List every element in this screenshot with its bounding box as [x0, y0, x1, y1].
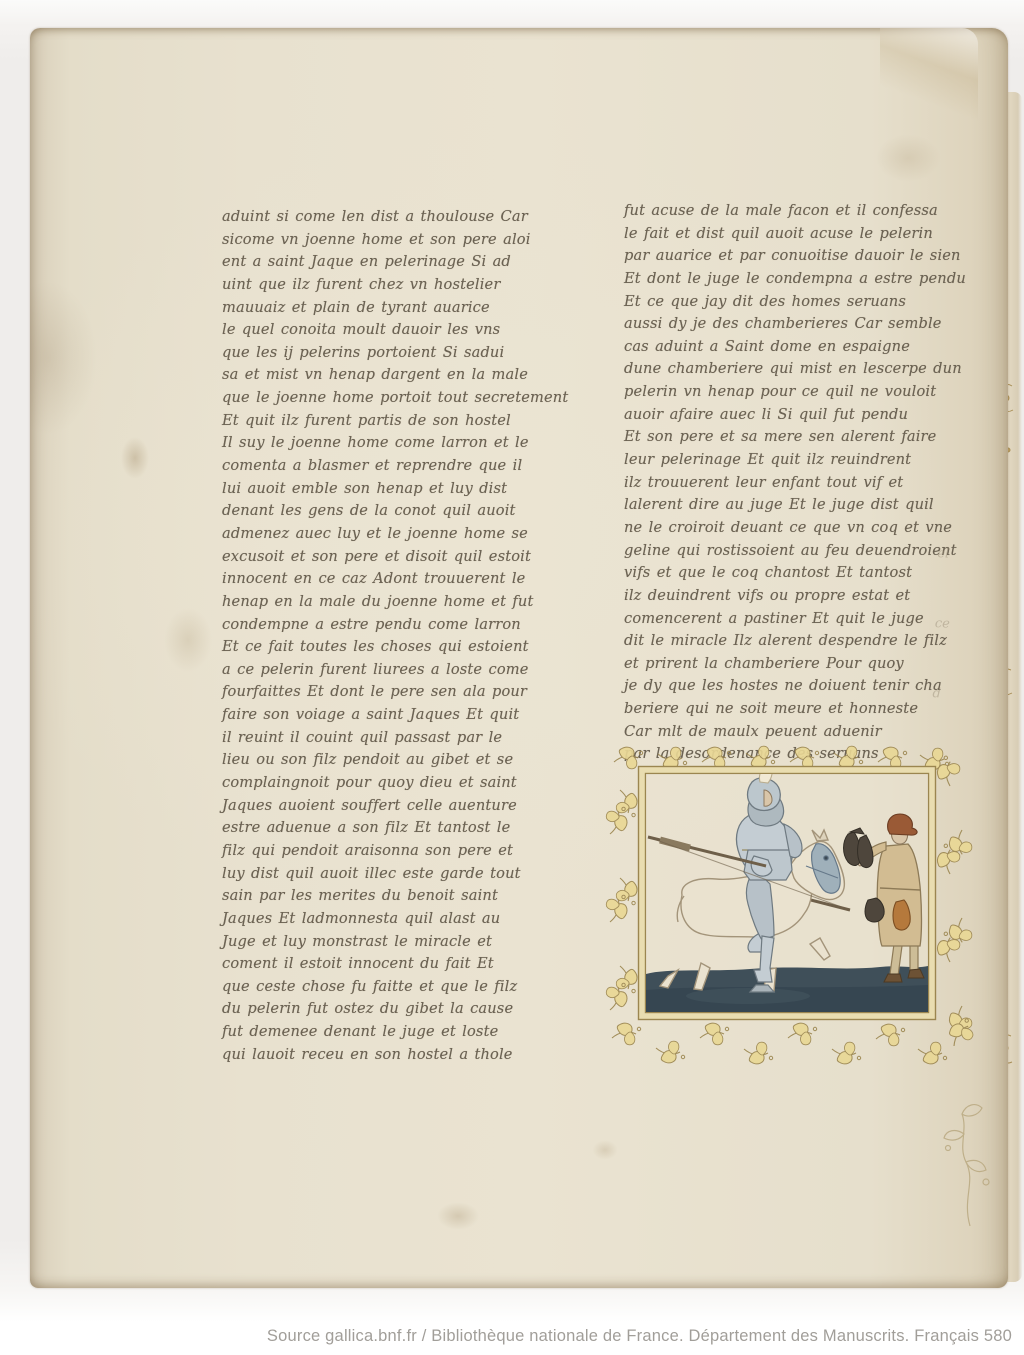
manuscript-text-line: excusoit et son pere et disoit quil esto…: [222, 546, 536, 569]
manuscript-text-line: que le joenne home portoit tout secretem…: [222, 387, 536, 410]
manuscript-text-line: Jaques Et ladmonnesta quil alast au: [222, 908, 536, 931]
manuscript-text-line: Et ce que jay dit des homes seruans: [624, 291, 944, 314]
manuscript-text-line: Il suy le joenne home come larron et le: [222, 432, 536, 455]
manuscript-text-line: Et ce fait toutes les choses qui estoien…: [222, 636, 536, 659]
manuscript-text-line: denant les gens de la conot quil auoit: [222, 500, 536, 523]
manuscript-text-line: admenez auec luy et le joenne home se: [222, 523, 536, 546]
manuscript-text-line: geline qui rostissoient au feu deuendroi…: [624, 540, 944, 563]
ground: [646, 966, 928, 1012]
manuscript-text-line: Et quit ilz furent partis de son hostel: [222, 410, 536, 433]
gallica-footer: Source gallica.bnf.fr / Bibliothèque nat…: [0, 1322, 1024, 1355]
manuscript-text-line: condempne a estre pendu come larron: [222, 614, 536, 637]
manuscript-text-line: comenta a blasmer et reprendre que il: [222, 455, 536, 478]
manuscript-text-line: fut acuse de la male facon et il confess…: [624, 200, 944, 223]
manuscript-text-line: luy dist quil auoit illec este garde tou…: [222, 863, 536, 886]
manuscript-text-line: le fait et dist quil auoit acuse le pele…: [624, 223, 944, 246]
manuscript-text-line: le quel conoita moult dauoir les vns: [222, 319, 536, 342]
manuscript-text-line: aussi dy je des chamberieres Car semble: [624, 313, 944, 336]
manuscript-text-line: fut demenee denant le juge et loste: [222, 1021, 536, 1044]
manuscript-text-line: ent a saint Jaque en pelerinage Si ad: [222, 251, 536, 274]
manuscript-text-line: Et dont le juge le condempna a estre pen…: [624, 268, 944, 291]
manuscript-text-line: estre aduenue a son filz Et tantost le: [222, 817, 536, 840]
manuscript-column-right: fut acuse de la male facon et il confess…: [624, 200, 944, 766]
manuscript-text-line: sa et mist vn henap dargent en la male: [222, 364, 536, 387]
manuscript-text-line: complaingnoit pour quoy dieu et saint: [222, 772, 536, 795]
manuscript-text-line: faire son voiage a saint Jaques Et quit: [222, 704, 536, 727]
source-attribution: Source gallica.bnf.fr / Bibliothèque nat…: [267, 1327, 1012, 1346]
manuscript-text-line: auoir afaire auec li Si quil fut pendu: [624, 404, 944, 427]
robe: [877, 844, 921, 946]
manuscript-text-line: Jaques auoient souffert celle auenture: [222, 795, 536, 818]
manuscript-text-line: filz qui pendoit araisonna son pere et: [222, 840, 536, 863]
manuscript-text-line: et prirent la chamberiere Pour quoy: [624, 653, 944, 676]
scanned-page-photo: aduint si come len dist a thoulouse Cars…: [0, 0, 1024, 1322]
margin-penwork-sprig: [932, 1078, 1008, 1228]
manuscript-text-line: vifs et que le coq chantost Et tantost: [624, 562, 944, 585]
manuscript-text-line: par auarice et par conuoitise dauoir le …: [624, 245, 944, 268]
manuscript-text-line: dune chamberiere qui mist en lescerpe du…: [624, 358, 944, 381]
manuscript-text-line: beriere qui ne soit meure et honneste: [624, 698, 944, 721]
manuscript-text-line: uint que ilz furent chez vn hostelier: [222, 274, 536, 297]
manuscript-text-line: Et son pere et sa mere sen alerent faire: [624, 426, 944, 449]
manuscript-text-line: cas aduint a Saint dome en espaigne: [624, 336, 944, 359]
manuscript-text-line: il reuint il couint quil passast par le: [222, 727, 536, 750]
miniature-illustration: [598, 738, 1022, 1078]
purse: [893, 900, 910, 930]
manuscript-text-line: qui lauoit receu en son hostel a thole: [222, 1044, 536, 1067]
manuscript-text-line: sicome vn joenne home et son pere aloi: [222, 229, 536, 252]
manuscript-text-line: pelerin vn henap pour ce quil ne vouloit: [624, 381, 944, 404]
manuscript-text-line: aduint si come len dist a thoulouse Car: [222, 206, 536, 229]
manuscript-text-line: coment il estoit innocent du fait Et: [222, 953, 536, 976]
manuscript-text-line: mauuaiz et plain de tyrant auarice: [222, 297, 536, 320]
manuscript-text-line: dit le miracle Ilz alerent despendre le …: [624, 630, 944, 653]
manuscript-text-line: que les ij pelerins portoient Si sadui: [222, 342, 536, 365]
manuscript-text-line: leur pelerinage Et quit ilz reuindrent: [624, 449, 944, 472]
manuscript-text-line: lalerent dire au juge Et le juge dist qu…: [624, 494, 944, 517]
manuscript-text-line: lieu ou son filz pendoit au gibet et se: [222, 749, 536, 772]
manuscript-text-line: innocent en ce caz Adont trouuerent le: [222, 568, 536, 591]
manuscript-text-line: ne le croiroit deuant ce que vn coq et v…: [624, 517, 944, 540]
manuscript-text-line: je dy que les hostes ne doiuent tenir ch…: [624, 675, 944, 698]
manuscript-text-line: Juge et luy monstrast le miracle et: [222, 931, 536, 954]
manuscript-text-line: a ce pelerin furent liurees a loste come: [222, 659, 536, 682]
manuscript-text-line: du pelerin fut ostez du gibet la cause: [222, 998, 536, 1021]
manuscript-text-line: que ceste chose fu faitte et que le filz: [222, 976, 536, 999]
manuscript-text-line: lui auoit emble son henap et luy dist: [222, 478, 536, 501]
manuscript-text-line: comencerent a pastiner Et quit le juge: [624, 608, 944, 631]
manuscript-column-left: aduint si come len dist a thoulouse Cars…: [222, 206, 536, 1066]
manuscript-text-line: fourfaittes Et dont le pere sen ala pour: [222, 681, 536, 704]
manuscript-text-line: sain par les merites du benoit saint: [222, 885, 536, 908]
manuscript-text-line: henap en la male du joenne home et fut: [222, 591, 536, 614]
manuscript-text-line: ilz deuindrent vifs ou propre estat et: [624, 585, 944, 608]
manuscript-text-line: ilz trouuerent leur enfant tout vif et: [624, 472, 944, 495]
